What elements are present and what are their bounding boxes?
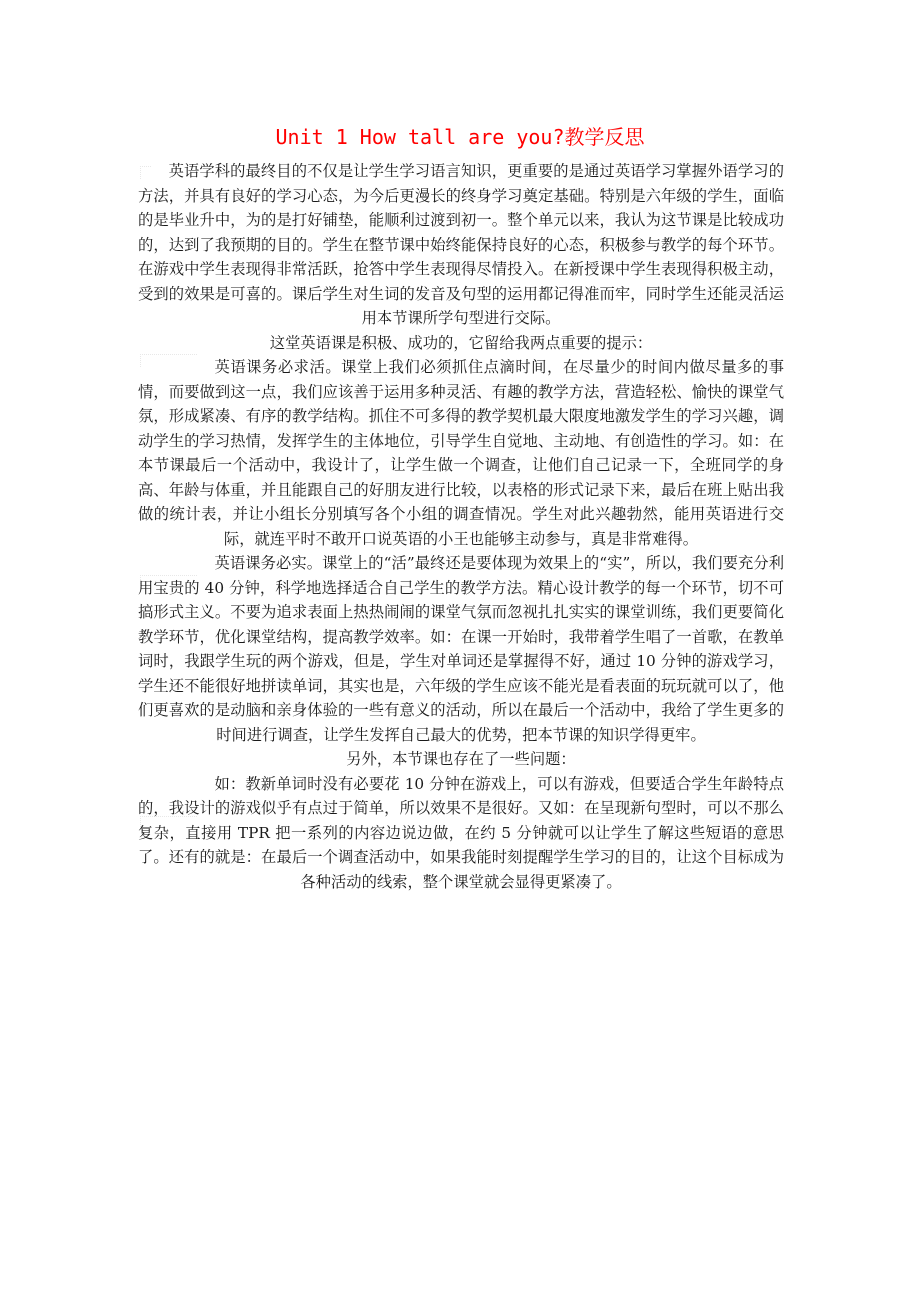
paragraph-intro: 英语学科的最终目的不仅是让学生学习语言知识，更重要的是通过英语学习掌握外语学习的… bbox=[138, 159, 784, 331]
paragraph-summary: 这堂英语课是积极、成功的，它留给我两点重要的提示： bbox=[138, 331, 784, 356]
paragraph-point-lively: 英语课务必求活。课堂上我们必须抓住点滴时间，在尽量少的时间内做尽量多的事情，而要… bbox=[138, 355, 784, 551]
document-page: Unit 1 How tall are you?教学反思 英语学科的最终目的不仅… bbox=[0, 0, 920, 1302]
document-body: 英语学科的最终目的不仅是让学生学习语言知识，更重要的是通过英语学习掌握外语学习的… bbox=[138, 159, 784, 894]
paragraph-issues-heading: 另外，本节课也存在了一些问题： bbox=[138, 747, 784, 772]
document-title: Unit 1 How tall are you?教学反思 bbox=[0, 124, 920, 150]
paragraph-issues: 如：教新单词时没有必要花 10 分钟在游戏上，可以有游戏，但要适合学生年龄特点的… bbox=[138, 772, 784, 895]
paragraph-point-solid: 英语课务必实。课堂上的“活”最终还是要体现为效果上的“实”，所以，我们要充分利用… bbox=[138, 551, 784, 747]
